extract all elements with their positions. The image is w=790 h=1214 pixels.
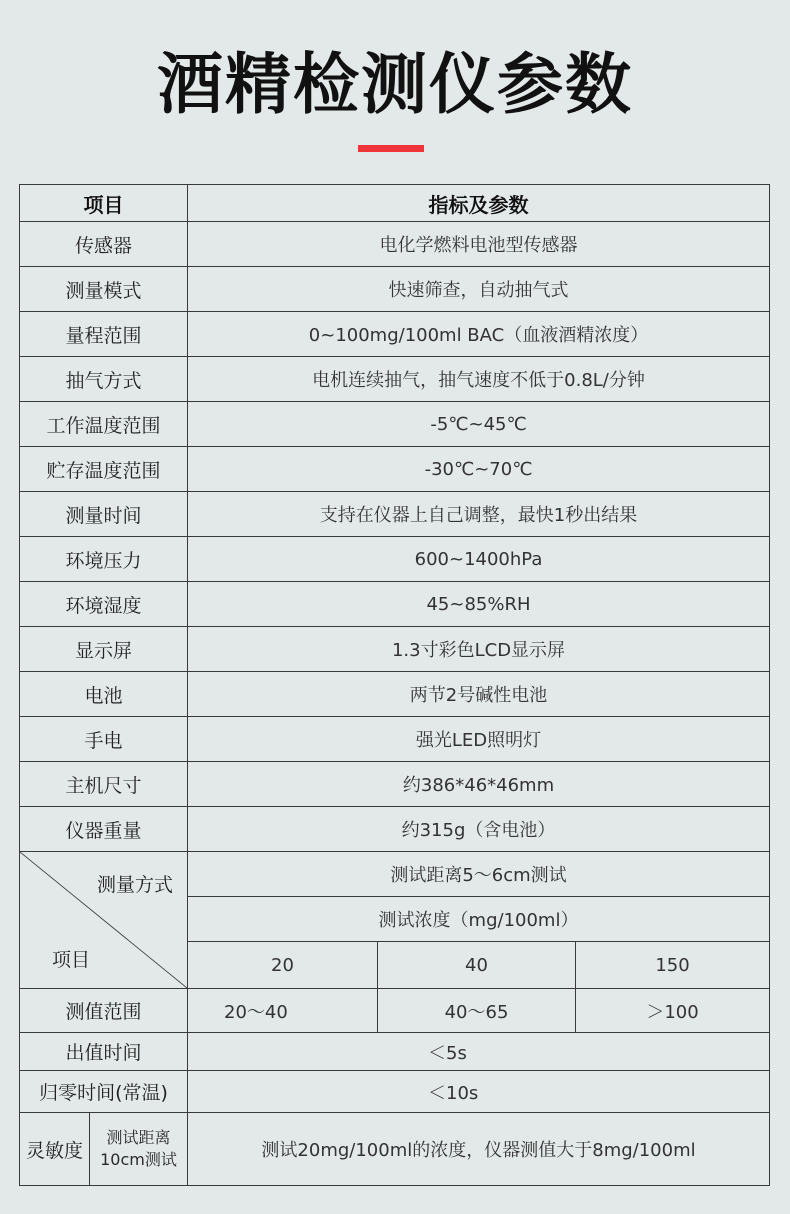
table-row: 传感器电化学燃料电池型传感器 xyxy=(20,222,770,267)
row-label: 工作温度范围 xyxy=(20,402,188,447)
table-row: 手电强光LED照明灯 xyxy=(20,717,770,762)
row-label: 传感器 xyxy=(20,222,188,267)
range-row: 测值范围 20～40 40～65 ＞100 xyxy=(20,989,770,1033)
table-row: 电池两节2号碱性电池 xyxy=(20,672,770,717)
output-time-label: 出值时间 xyxy=(20,1033,188,1071)
row-value: 支持在仪器上自己调整，最快1秒出结果 xyxy=(188,492,770,537)
row-value: 约315g（含电池） xyxy=(188,807,770,852)
diag-top-label: 测量方式 xyxy=(97,870,173,897)
sensitivity-row: 灵敏度 测试距离 10cm测试 测试20mg/100ml的浓度，仪器测值大于8m… xyxy=(20,1113,770,1186)
row-label: 抽气方式 xyxy=(20,357,188,402)
row-label: 量程范围 xyxy=(20,312,188,357)
diagonal-header-cell: 测量方式 项目 xyxy=(20,852,188,989)
output-time-value: ＜5s xyxy=(188,1033,770,1071)
row-value: 快速筛查，自动抽气式 xyxy=(188,267,770,312)
table-row: 抽气方式电机连续抽气，抽气速度不低于0.8L/分钟 xyxy=(20,357,770,402)
row-value: 电机连续抽气，抽气速度不低于0.8L/分钟 xyxy=(188,357,770,402)
table-header-row: 项目 指标及参数 xyxy=(20,185,770,222)
row-value: 两节2号碱性电池 xyxy=(188,672,770,717)
table-row: 测量模式快速筛查，自动抽气式 xyxy=(20,267,770,312)
table-row: 工作温度范围-5℃~45℃ xyxy=(20,402,770,447)
row-label: 显示屏 xyxy=(20,627,188,672)
row-value: -30℃~70℃ xyxy=(188,447,770,492)
row-label: 测量时间 xyxy=(20,492,188,537)
table-row: 测量时间支持在仪器上自己调整，最快1秒出结果 xyxy=(20,492,770,537)
row-value: 约386*46*46mm xyxy=(188,762,770,807)
test-method: 测试距离5～6cm测试 xyxy=(188,852,770,897)
concentration-value: 20 xyxy=(188,942,378,989)
row-label: 贮存温度范围 xyxy=(20,447,188,492)
header-item: 项目 xyxy=(20,185,188,222)
row-value: 0~100mg/100ml BAC（血液酒精浓度） xyxy=(188,312,770,357)
row-label: 仪器重量 xyxy=(20,807,188,852)
output-time-row: 出值时间 ＜5s xyxy=(20,1033,770,1071)
sensitivity-condition-line2: 10cm测试 xyxy=(90,1149,187,1171)
spec-table: 项目 指标及参数 传感器电化学燃料电池型传感器 测量模式快速筛查，自动抽气式 量… xyxy=(19,184,770,1186)
zero-time-label: 归零时间(常温) xyxy=(20,1071,188,1113)
header-spec: 指标及参数 xyxy=(188,185,770,222)
table-row: 环境湿度45~85%RH xyxy=(20,582,770,627)
row-label: 主机尺寸 xyxy=(20,762,188,807)
diag-bottom-label: 项目 xyxy=(52,945,90,972)
page-title: 酒精检测仪参数 xyxy=(0,40,790,130)
row-value: -5℃~45℃ xyxy=(188,402,770,447)
row-value: 强光LED照明灯 xyxy=(188,717,770,762)
row-value: 45~85%RH xyxy=(188,582,770,627)
row-value: 电化学燃料电池型传感器 xyxy=(188,222,770,267)
concentration-value: 150 xyxy=(576,942,770,989)
row-label: 环境压力 xyxy=(20,537,188,582)
row-value: 600~1400hPa xyxy=(188,537,770,582)
range-value: ＞100 xyxy=(576,989,770,1033)
sensitivity-condition: 测试距离 10cm测试 xyxy=(90,1113,188,1186)
sensitivity-value: 测试20mg/100ml的浓度，仪器测值大于8mg/100ml xyxy=(188,1113,770,1186)
row-label: 测量模式 xyxy=(20,267,188,312)
zero-time-row: 归零时间(常温) ＜10s xyxy=(20,1071,770,1113)
test-method-row: 测量方式 项目 测试距离5～6cm测试 xyxy=(20,852,770,897)
row-value: 1.3寸彩色LCD显示屏 xyxy=(188,627,770,672)
table-row: 仪器重量约315g（含电池） xyxy=(20,807,770,852)
row-label: 电池 xyxy=(20,672,188,717)
table-row: 环境压力600~1400hPa xyxy=(20,537,770,582)
table-row: 显示屏1.3寸彩色LCD显示屏 xyxy=(20,627,770,672)
sensitivity-label: 灵敏度 xyxy=(20,1113,90,1186)
title-underline-accent xyxy=(358,145,424,152)
row-label: 手电 xyxy=(20,717,188,762)
concentration-value: 40 xyxy=(378,942,576,989)
range-value: 20～40 xyxy=(188,989,378,1033)
table-row: 贮存温度范围-30℃~70℃ xyxy=(20,447,770,492)
zero-time-value: ＜10s xyxy=(188,1071,770,1113)
sensitivity-condition-line1: 测试距离 xyxy=(90,1127,187,1149)
concentration-label: 测试浓度（mg/100ml） xyxy=(188,897,770,942)
table-row: 主机尺寸约386*46*46mm xyxy=(20,762,770,807)
table-row: 量程范围0~100mg/100ml BAC（血液酒精浓度） xyxy=(20,312,770,357)
range-value: 40～65 xyxy=(378,989,576,1033)
range-label: 测值范围 xyxy=(20,989,188,1033)
row-label: 环境湿度 xyxy=(20,582,188,627)
